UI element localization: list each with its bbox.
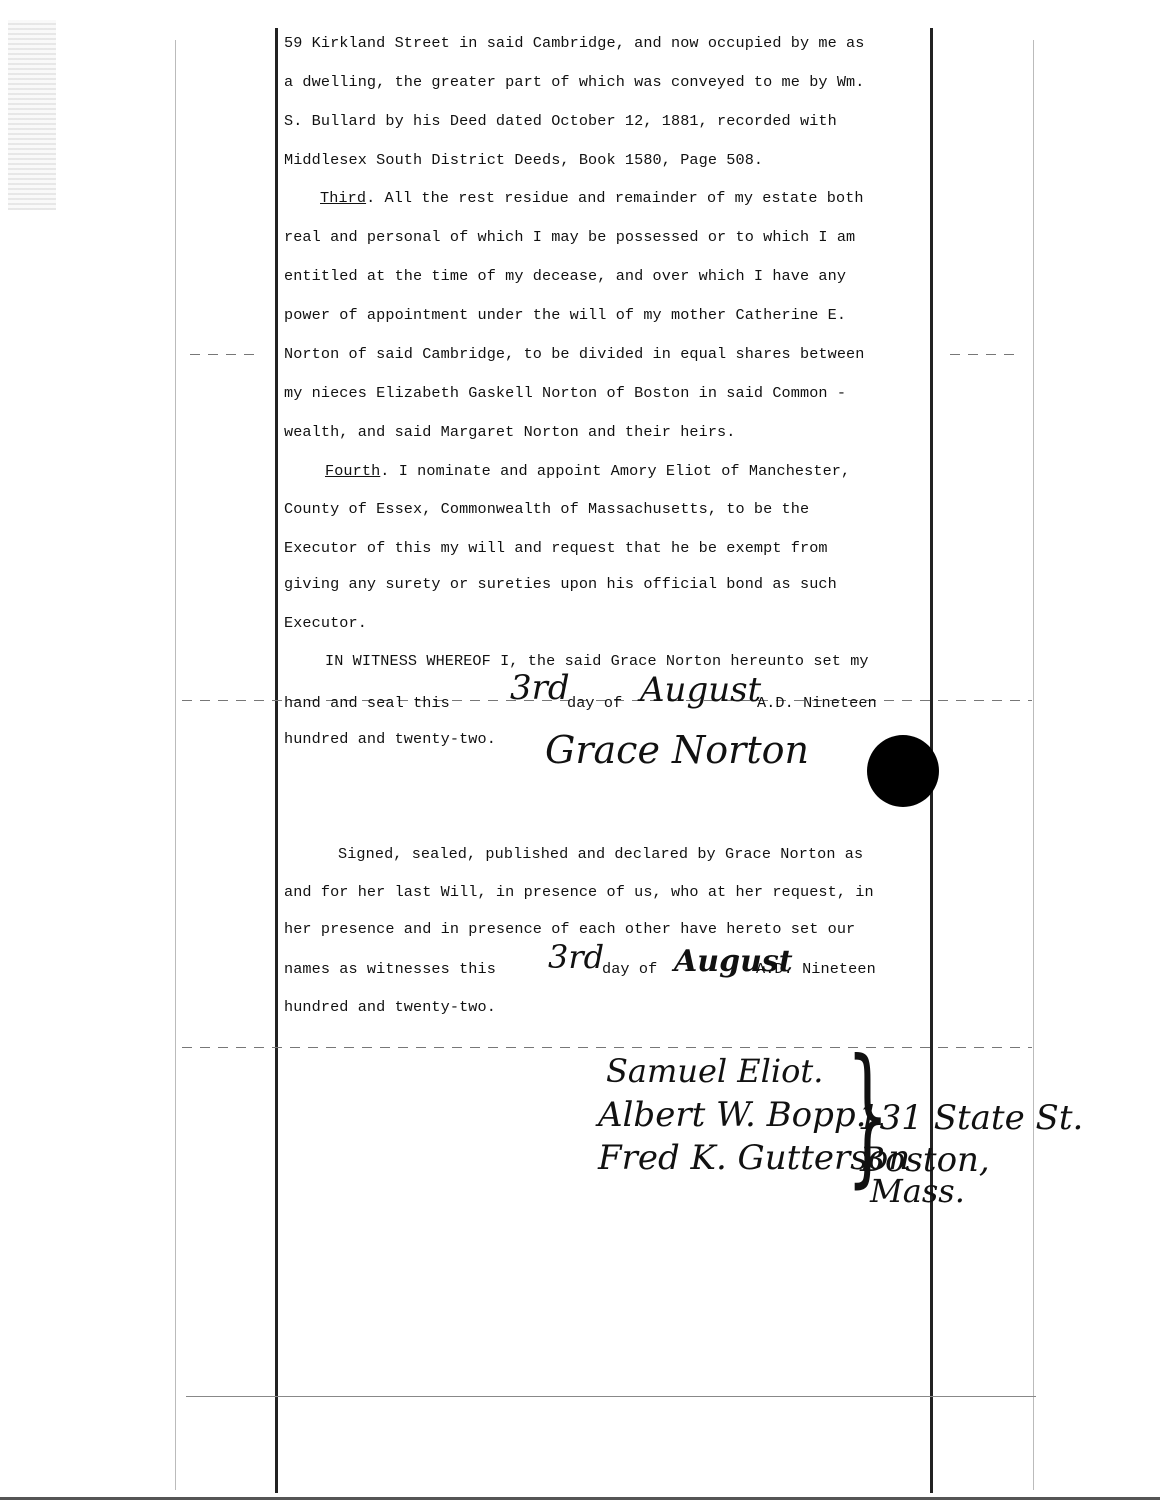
- fold-line-middle: [182, 1047, 1032, 1048]
- body-line: entitled at the time of my decease, and …: [284, 267, 846, 285]
- body-line: day of: [602, 960, 657, 978]
- body-line: power of appointment under the will of m…: [284, 306, 846, 324]
- left-margin-rule: [275, 28, 278, 1493]
- body-line: my nieces Elizabeth Gaskell Norton of Bo…: [284, 384, 846, 402]
- body-line: names as witnesses this: [284, 960, 496, 978]
- body-line: hand and seal this: [284, 694, 450, 712]
- handwritten-month: August: [640, 670, 761, 710]
- body-line: wealth, and said Margaret Norton and the…: [284, 423, 736, 441]
- body-line: Executor of this my will and request tha…: [284, 539, 828, 557]
- witness-address: 131 State St.: [858, 1098, 1083, 1138]
- body-line: Executor.: [284, 614, 367, 632]
- body-line: hundred and twenty-two.: [284, 998, 496, 1016]
- body-line: IN WITNESS WHEREOF I, the said Grace Nor…: [325, 652, 869, 670]
- handwritten-day: 3rd: [510, 668, 570, 708]
- handwritten-day: 3rd: [548, 938, 604, 976]
- body-line: A.D. Nineteen: [756, 960, 876, 978]
- body-line: A.D. Nineteen: [757, 694, 877, 712]
- body-line: Norton of said Cambridge, to be divided …: [284, 345, 864, 363]
- body-line: giving any surety or sureties upon his o…: [284, 575, 837, 593]
- body-line: a dwelling, the greater part of which wa…: [284, 73, 864, 91]
- wax-seal-icon: [870, 738, 936, 804]
- body-line: County of Essex, Commonwealth of Massach…: [284, 500, 809, 518]
- clause-fourth: Fourth. I nominate and appoint Amory Eli…: [325, 462, 850, 480]
- body-line: and for her last Will, in presence of us…: [284, 883, 874, 901]
- body-line: hundred and twenty-two.: [284, 730, 496, 748]
- body-line: 59 Kirkland Street in said Cambridge, an…: [284, 34, 864, 52]
- fold-line-lower: [186, 1396, 1036, 1397]
- body-line: day of: [567, 694, 622, 712]
- testator-signature: Grace Norton: [545, 728, 809, 772]
- clause-heading: Third: [320, 189, 366, 207]
- body-line: real and personal of which I may be poss…: [284, 228, 855, 246]
- body-line: S. Bullard by his Deed dated October 12,…: [284, 112, 837, 130]
- body-line: her presence and in presence of each oth…: [284, 920, 855, 938]
- witness-signature: Samuel Eliot.: [606, 1052, 823, 1090]
- body-line: Signed, sealed, published and declared b…: [338, 845, 863, 863]
- fold-line-right: [1033, 40, 1034, 1490]
- scan-artifact: [8, 20, 56, 210]
- clause-third: Third. All the rest residue and remainde…: [320, 189, 864, 207]
- fold-line-left: [175, 40, 176, 1490]
- body-line: Middlesex South District Deeds, Book 158…: [284, 151, 763, 169]
- clause-heading: Fourth: [325, 462, 380, 480]
- margin-mark: [190, 354, 260, 355]
- witness-address: Mass.: [870, 1172, 965, 1210]
- witness-signature: Albert W. Bopp.: [598, 1095, 866, 1135]
- document-page: 59 Kirkland Street in said Cambridge, an…: [0, 0, 1160, 1500]
- margin-mark: [950, 354, 1020, 355]
